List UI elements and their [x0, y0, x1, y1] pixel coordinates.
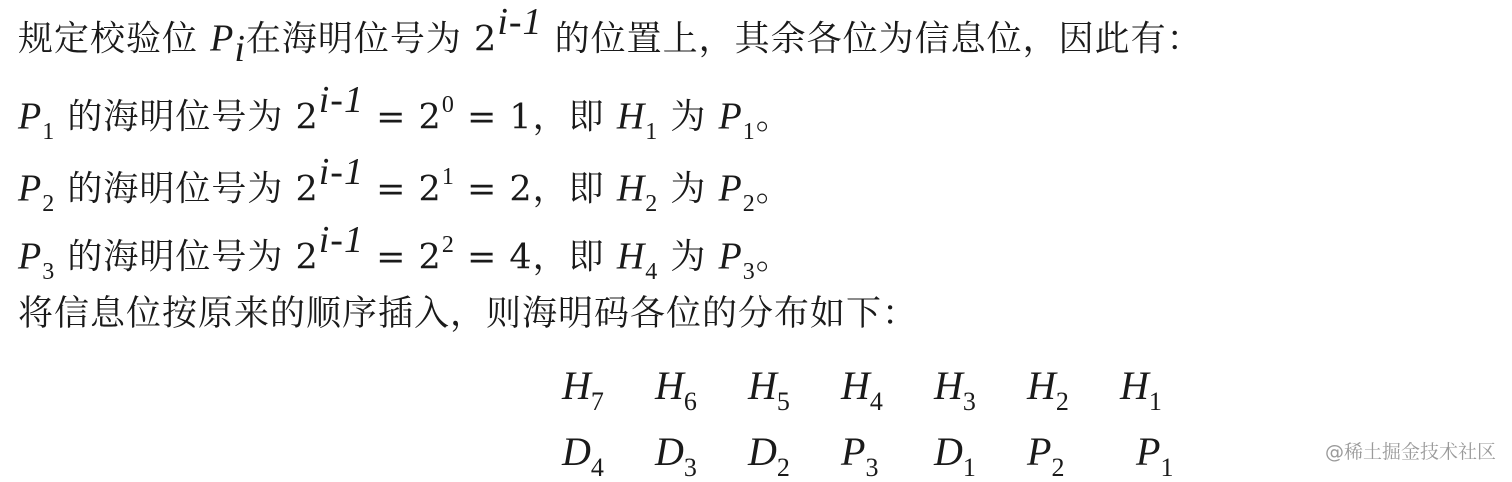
var: H	[617, 236, 645, 278]
p1-line: P1 的海明位号为 2i-1 = 20 = 1，即 H1 为 P1。	[18, 82, 792, 152]
cell: H5	[748, 362, 841, 415]
insert-line: 将信息位按原来的顺序插入，则海明码各位的分布如下：	[18, 292, 918, 336]
cell: H1	[1120, 362, 1213, 415]
var: P	[719, 168, 743, 210]
cell: P1	[1136, 428, 1229, 481]
cell: P3	[841, 428, 934, 481]
text: 。	[756, 98, 792, 138]
text: 。	[756, 238, 792, 278]
cell: H4	[841, 362, 934, 415]
var: P	[18, 168, 42, 210]
sup: i-1	[319, 151, 364, 193]
p2-line: P2 的海明位号为 2i-1 = 21 = 2，即 H2 为 P2。	[18, 154, 792, 224]
sub: 2	[42, 191, 55, 217]
sub: 1	[42, 119, 55, 145]
text: = 2	[364, 98, 442, 138]
text: 为	[658, 98, 718, 138]
sup: i-1	[319, 219, 364, 261]
cell: H6	[655, 362, 748, 415]
text: 的海明位号为 2	[55, 238, 319, 278]
sup: i-1	[497, 1, 542, 43]
text: = 2	[364, 238, 442, 278]
cell: D4	[562, 428, 655, 481]
sub: 3	[42, 259, 55, 285]
text: = 2	[364, 170, 442, 210]
text: 的位置上，其余各位为信息位，因此有：	[543, 20, 1203, 60]
cell: D2	[748, 428, 841, 481]
var: P	[18, 236, 42, 278]
text: 在海明位号为 2	[246, 20, 497, 60]
text: = 1，即	[455, 98, 617, 138]
cell: D1	[934, 428, 1027, 481]
p3-line: P3 的海明位号为 2i-1 = 22 = 4，即 H4 为 P3。	[18, 222, 792, 292]
text: 为	[658, 170, 718, 210]
text: 的海明位号为 2	[55, 98, 319, 138]
text: = 4，即	[455, 238, 617, 278]
sup: 1	[442, 164, 455, 190]
sub: 4	[645, 259, 658, 285]
text: 。	[756, 170, 792, 210]
sup: 2	[442, 232, 455, 258]
cell: H7	[562, 362, 655, 415]
cell: D3	[655, 428, 748, 481]
cell: P2	[1027, 428, 1120, 481]
text: 规定校验位	[18, 20, 210, 60]
bit-assignment-row: D4 D3 D2 P3 D1 P2 P1	[562, 428, 1229, 481]
var: H	[617, 168, 645, 210]
hamming-position-row: H7 H6 H5 H4 H3 H2 H1	[562, 362, 1213, 415]
sub: i	[234, 28, 246, 70]
sub: 2	[645, 191, 658, 217]
var: H	[617, 96, 645, 138]
cell: H2	[1027, 362, 1120, 415]
watermark: @稀土掘金技术社区	[1325, 437, 1496, 464]
sub: 1	[743, 119, 756, 145]
sub: 2	[743, 191, 756, 217]
sub: 1	[645, 119, 658, 145]
var: P	[719, 236, 743, 278]
text: 为	[658, 238, 718, 278]
cell: H3	[934, 362, 1027, 415]
sup: i-1	[319, 79, 364, 121]
sub: 3	[743, 259, 756, 285]
var: P	[210, 18, 234, 60]
text: = 2，即	[455, 170, 617, 210]
sup: 0	[442, 92, 455, 118]
rule-line: 规定校验位 Pi在海明位号为 2i-1 的位置上，其余各位为信息位，因此有：	[18, 4, 1203, 69]
var: P	[18, 96, 42, 138]
var: P	[719, 96, 743, 138]
text: 的海明位号为 2	[55, 170, 319, 210]
